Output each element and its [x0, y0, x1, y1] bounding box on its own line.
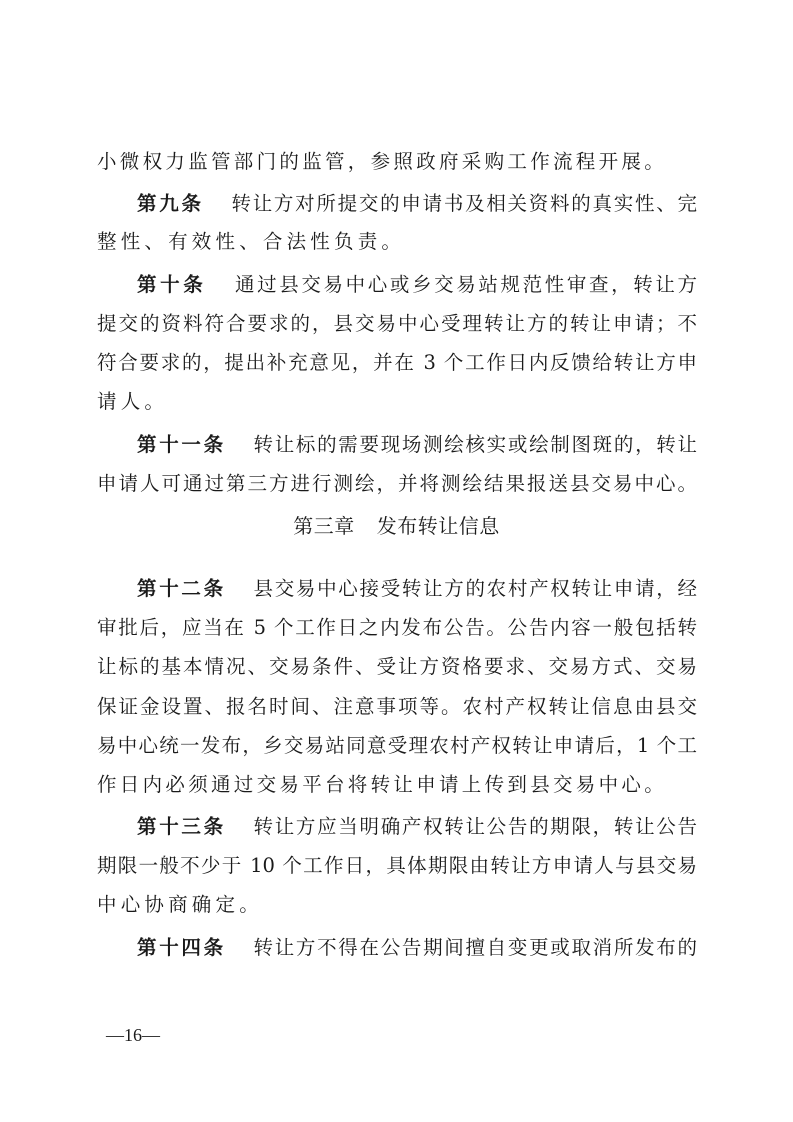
page-number: —16—: [106, 1023, 160, 1047]
paragraph-line: 作日内必须通过交易平台将转让申请上传到县交易中心。: [97, 771, 697, 799]
paragraph-line: 保证金设置、报名时间、注意事项等。农村产权转让信息由县交: [97, 693, 697, 721]
paragraph-line: 请人。: [97, 388, 697, 416]
article-11-first-line: 第十一条转让标的需要现场测绘核实或绘制图斑的，转让: [137, 431, 697, 459]
chapter-number: 第三章: [293, 514, 355, 538]
article-text: 转让方对所提交的申请书及相关资料的真实性、完: [230, 192, 697, 215]
chapter-heading: 第三章发布转让信息: [0, 512, 793, 540]
article-label: 第十一条: [137, 433, 226, 456]
article-label: 第十二条: [137, 577, 226, 600]
paragraph-line: 易中心统一发布，乡交易站同意受理农村产权转让申请后，1 个工: [97, 732, 697, 760]
paragraph-line: 申请人可通过第三方进行测绘，并将测绘结果报送县交易中心。: [97, 470, 697, 498]
article-9-first-line: 第九条转让方对所提交的申请书及相关资料的真实性、完: [137, 190, 697, 218]
article-text: 转让方应当明确产权转让公告的期限，转让公告: [252, 815, 697, 838]
article-13-first-line: 第十三条转让方应当明确产权转让公告的期限，转让公告: [137, 813, 697, 841]
article-text: 转让方不得在公告期间擅自变更或取消所发布的: [252, 936, 697, 959]
paragraph-line: 期限一般不少于 10 个工作日，具体期限由转让方申请人与县交易: [97, 852, 697, 880]
article-label: 第九条: [137, 192, 204, 215]
paragraph-line: 让标的基本情况、交易条件、受让方资格要求、交易方式、交易: [97, 653, 697, 681]
paragraph-line: 中心协商确定。: [97, 891, 697, 919]
article-12-first-line: 第十二条县交易中心接受转让方的农村产权转让申请，经: [137, 575, 697, 603]
article-14-first-line: 第十四条转让方不得在公告期间擅自变更或取消所发布的: [137, 934, 697, 962]
paragraph-line: 审批后，应当在 5 个工作日之内发布公告。公告内容一般包括转: [97, 614, 697, 642]
paragraph-line: 提交的资料符合要求的，县交易中心受理转让方的转让申请；不: [97, 310, 697, 338]
article-label: 第十三条: [137, 815, 226, 838]
article-label: 第十四条: [137, 936, 226, 959]
paragraph-line: 符合要求的，提出补充意见，并在 3 个工作日内反馈给转让方申: [97, 349, 697, 377]
article-text: 通过县交易中心或乡交易站规范性审查，转让方: [232, 273, 697, 296]
article-10-first-line: 第十条通过县交易中心或乡交易站规范性审查，转让方: [137, 271, 697, 299]
paragraph-line: 整性、有效性、合法性负责。: [97, 228, 697, 256]
chapter-title: 发布转让信息: [377, 514, 500, 538]
article-text: 转让标的需要现场测绘核实或绘制图斑的，转让: [252, 433, 697, 456]
article-label: 第十条: [137, 273, 206, 296]
article-text: 县交易中心接受转让方的农村产权转让申请，经: [252, 577, 697, 600]
paragraph-line: 小微权力监管部门的监管，参照政府采购工作流程开展。: [97, 148, 697, 176]
